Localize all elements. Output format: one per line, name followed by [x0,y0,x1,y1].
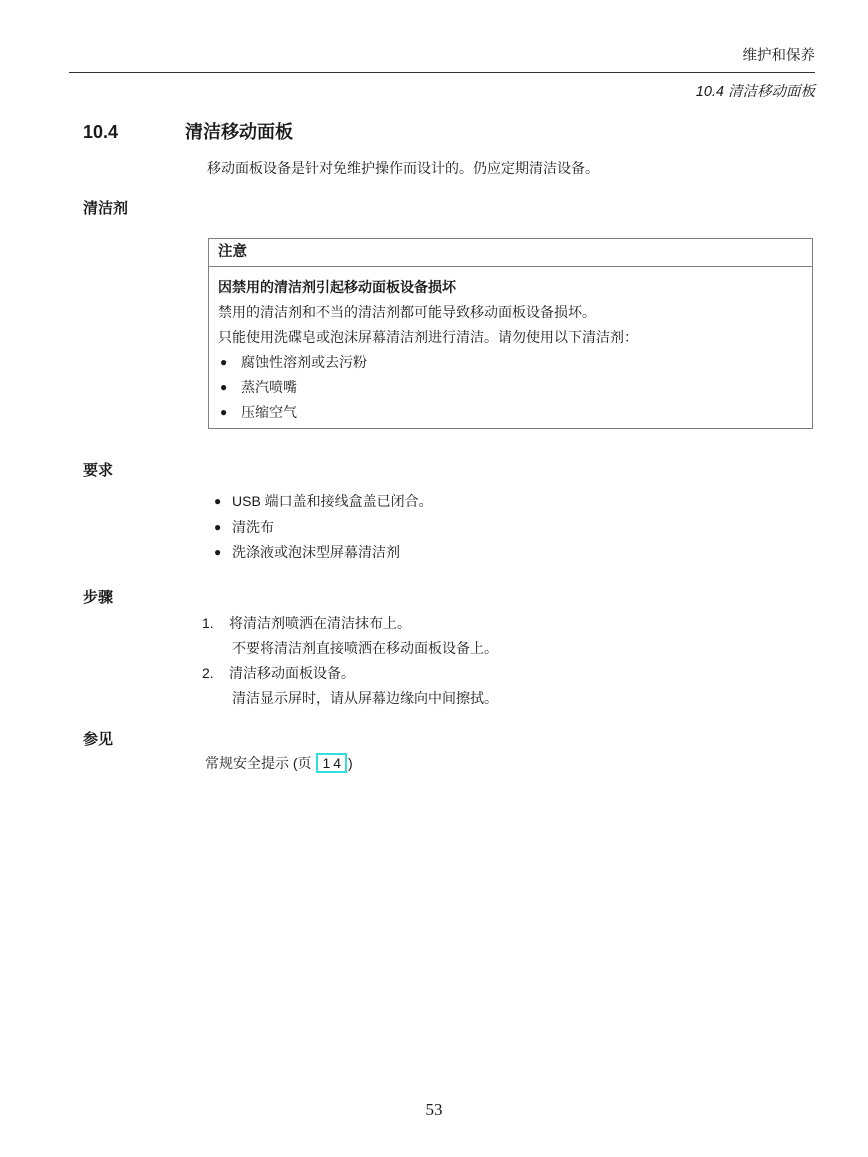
notice-body: 因禁用的清洁剂引起移动面板设备损坏 禁用的清洁剂和不当的清洁剂都可能导致移动面板… [209,267,812,428]
notice-bullet-item: ● 腐蚀性溶剂或去污粉 [218,350,803,375]
page-number: 53 [0,1100,868,1120]
margin-label-see-also: 参见 [83,731,113,749]
see-also-text: 常规安全提示 (页 [205,753,315,773]
requirement-text: USB 端口盖和接线盒盖已闭合。 [232,489,433,515]
bullet-icon: ● [212,515,232,541]
step-note: 不要将清洁剂直接喷洒在移动面板设备上。 [202,636,498,661]
requirement-text: 洗涤液或泡沫型屏幕清洁剂 [232,540,400,566]
notice-bullet-item: ● 压缩空气 [218,400,803,425]
notice-bullet-text: 腐蚀性溶剂或去污粉 [241,350,367,375]
step-number: 2. [202,661,229,686]
requirement-item: ● 洗涤液或泡沫型屏幕清洁剂 [212,540,433,566]
step-item: 2. 清洁移动面板设备。 [202,661,498,686]
header-section-title: 10.4 清洁移动面板 [69,84,815,101]
bullet-icon: ● [212,540,232,566]
intro-paragraph: 移动面板设备是针对免维护操作而设计的。仍应定期清洁设备。 [207,158,599,178]
step-text: 清洁移动面板设备。 [229,661,355,686]
requirement-item: ● 清洗布 [212,515,433,541]
step-item: 1. 将清洁剂喷洒在清洁抹布上。 [202,611,498,636]
running-header: 维护和保养 10.4 清洁移动面板 [69,47,815,101]
bullet-icon: ● [218,375,241,400]
page-link-14[interactable]: 14 [316,753,347,773]
requirement-text: 清洗布 [232,515,274,541]
margin-label-procedure: 步骤 [83,589,113,607]
step-note: 清洁显示屏时，请从屏幕边缘向中间擦拭。 [202,686,498,711]
margin-label-requirements: 要求 [83,462,113,480]
section-heading: 10.4 清洁移动面板 [83,121,293,143]
notice-title: 注意 [209,239,812,267]
requirement-item: ● USB 端口盖和接线盒盖已闭合。 [212,489,433,515]
section-title: 清洁移动面板 [185,121,293,143]
margin-label-cleaning-agent: 清洁剂 [83,200,128,218]
header-chapter-title: 维护和保养 [69,47,815,65]
step-text: 将清洁剂喷洒在清洁抹布上。 [229,611,411,636]
document-page: 维护和保养 10.4 清洁移动面板 10.4 清洁移动面板 移动面板设备是针对免… [0,0,868,1157]
requirements-list: ● USB 端口盖和接线盒盖已闭合。 ● 清洗布 ● 洗涤液或泡沫型屏幕清洁剂 [212,489,433,566]
notice-text-line: 只能使用洗碟皂或泡沫屏幕清洁剂进行清洁。请勿使用以下清洁剂： [218,325,803,350]
see-also-reference: 常规安全提示 (页 14 ) [205,753,353,773]
section-number: 10.4 [83,121,185,143]
notice-bullet-item: ● 蒸汽喷嘴 [218,375,803,400]
notice-bullet-text: 压缩空气 [241,400,297,425]
notice-text-line: 禁用的清洁剂和不当的清洁剂都可能导致移动面板设备损坏。 [218,300,803,325]
bullet-icon: ● [212,489,232,515]
procedure-steps: 1. 将清洁剂喷洒在清洁抹布上。 不要将清洁剂直接喷洒在移动面板设备上。 2. … [202,611,498,711]
see-also-text-suffix: ) [348,753,353,773]
notice-bullet-text: 蒸汽喷嘴 [241,375,297,400]
bullet-icon: ● [218,400,241,425]
notice-box: 注意 因禁用的清洁剂引起移动面板设备损坏 禁用的清洁剂和不当的清洁剂都可能导致移… [208,238,813,429]
step-number: 1. [202,611,229,636]
notice-subtitle: 因禁用的清洁剂引起移动面板设备损坏 [218,275,803,300]
header-rule [69,72,815,73]
bullet-icon: ● [218,350,241,375]
